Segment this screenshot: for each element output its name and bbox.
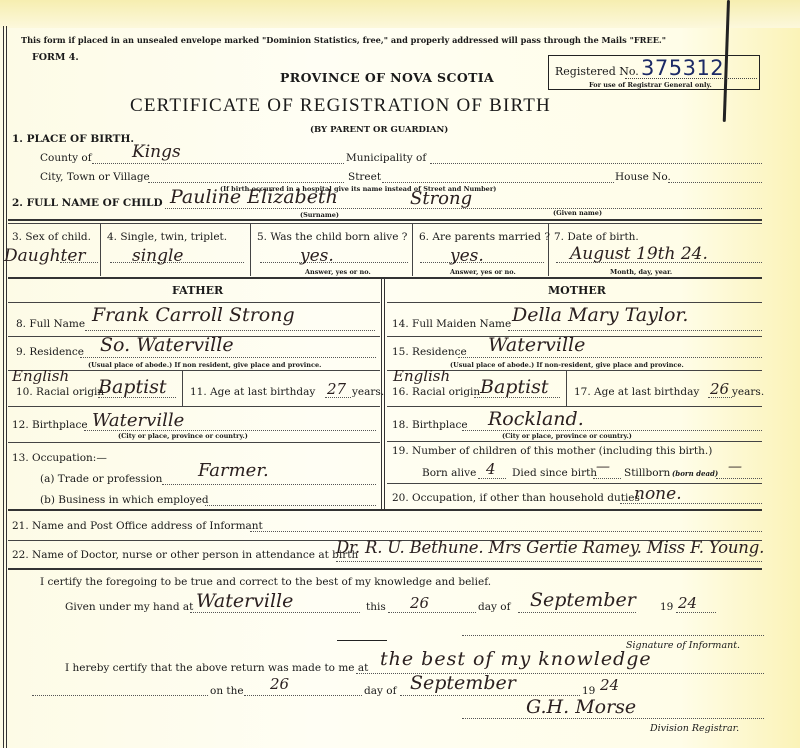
- mother-residence-field[interactable]: Waterville: [488, 334, 585, 356]
- father-occupation-label: 13. Occupation:—: [12, 452, 107, 464]
- child-given-name[interactable]: Pauline Elizabeth: [170, 186, 338, 208]
- attendant-field[interactable]: Dr. R. U. Bethune. Mrs Gertie Ramey. Mis…: [336, 538, 764, 557]
- plurality-label: 4. Single, twin, triplet.: [107, 231, 227, 243]
- city-field[interactable]: [148, 182, 344, 183]
- mother-birthplace-note: (City or place, province or country.): [502, 432, 632, 440]
- died-field[interactable]: —: [596, 459, 610, 475]
- certify-statement: I certify the foregoing to be true and c…: [40, 576, 491, 588]
- children-count-label: 19. Number of children of this mother (i…: [392, 445, 712, 457]
- father-residence-note: (Usual place of abode.) If non resident,…: [88, 361, 321, 369]
- business-label: (b) Business in which employed: [40, 494, 209, 506]
- left-border: [3, 26, 7, 748]
- county-label: County of: [40, 152, 92, 164]
- city-label: City, Town or Village: [40, 171, 150, 183]
- street-field[interactable]: [382, 182, 614, 183]
- mother-racial-label: 16. Racial origin: [392, 386, 480, 398]
- attendant-label: 22. Name of Doctor, nurse or other perso…: [12, 549, 358, 561]
- mother-residence-label: 15. Residence: [392, 346, 467, 358]
- given-under-label: Given under my hand at: [65, 601, 193, 613]
- father-birthplace-label: 12. Birthplace: [12, 419, 88, 431]
- dob-label: 7. Date of birth.: [554, 231, 639, 243]
- given-place-field[interactable]: Waterville: [196, 590, 293, 612]
- province-heading: PROVINCE OF NOVA SCOTIA: [280, 70, 494, 85]
- mother-name-field[interactable]: Della Mary Taylor.: [512, 304, 688, 326]
- business-field[interactable]: [205, 505, 376, 506]
- plurality-field[interactable]: single: [132, 246, 184, 266]
- married-field[interactable]: yes.: [450, 246, 484, 266]
- mother-heading: MOTHER: [548, 284, 606, 297]
- registrar-place-field[interactable]: the best of my knowledge: [380, 648, 652, 670]
- cert-day-field[interactable]: 26: [410, 594, 429, 612]
- given-name-note: (Given name): [553, 209, 602, 217]
- surname-note: (Surname): [300, 211, 339, 219]
- father-racial-annotation: English: [12, 367, 69, 385]
- page-subtitle: (BY PARENT OR GUARDIAN): [310, 125, 448, 135]
- stillborn-note: (born dead): [672, 469, 718, 478]
- father-age-field[interactable]: 27: [327, 380, 346, 398]
- registrar-year-field[interactable]: 24: [600, 676, 619, 694]
- died-label: Died since birth: [512, 467, 597, 479]
- registration-box: Registered No. 375312 For use of Registr…: [548, 55, 760, 90]
- father-residence-field[interactable]: So. Waterville: [100, 334, 234, 356]
- paper-edge: [0, 0, 800, 28]
- mother-birthplace-field[interactable]: Rockland.: [488, 408, 584, 430]
- registrar-signature-label: Division Registrar.: [650, 723, 739, 734]
- dob-field[interactable]: August 19th 24.: [570, 244, 708, 264]
- born-alive-label: 5. Was the child born alive ?: [257, 231, 407, 243]
- registrar-day-of-label: day of: [364, 685, 396, 697]
- registered-label: Registered No.: [555, 65, 639, 78]
- page-title: CERTIFICATE OF REGISTRATION OF BIRTH: [130, 95, 551, 117]
- mother-age-unit: years.: [732, 386, 764, 398]
- stillborn-label: Stillborn: [624, 467, 670, 479]
- registrar-month-field[interactable]: September: [410, 672, 516, 694]
- child-surname[interactable]: Strong: [410, 188, 472, 209]
- born-alive-count-label: Born alive: [422, 467, 476, 479]
- father-name-field[interactable]: Frank Carroll Strong: [92, 304, 295, 326]
- mother-occupation-field[interactable]: none.: [634, 484, 682, 504]
- dob-note: Month, day, year.: [610, 268, 672, 276]
- county-field[interactable]: Kings: [132, 142, 181, 162]
- registrar-signature[interactable]: G.H. Morse: [526, 696, 636, 718]
- trade-field[interactable]: Farmer.: [198, 460, 269, 481]
- registered-note: For use of Registrar General only.: [589, 81, 712, 89]
- father-racial-field[interactable]: Baptist: [98, 376, 167, 398]
- municipality-label: Municipality of: [346, 152, 426, 164]
- registrar-day-field[interactable]: 26: [270, 675, 289, 693]
- sex-field[interactable]: Daughter: [4, 246, 86, 266]
- father-residence-label: 9. Residence: [16, 346, 84, 358]
- mother-racial-field[interactable]: Baptist: [480, 376, 549, 398]
- born-alive-count-field[interactable]: 4: [486, 460, 496, 478]
- married-note: Answer, yes or no.: [450, 268, 516, 276]
- born-alive-field[interactable]: yes.: [300, 246, 334, 266]
- informant-field[interactable]: [250, 531, 762, 532]
- sex-label: 3. Sex of child.: [12, 231, 91, 243]
- father-racial-label: 10. Racial origin: [16, 386, 104, 398]
- stillborn-field[interactable]: —: [728, 459, 742, 475]
- father-age-label: 11. Age at last birthday: [190, 386, 315, 398]
- child-name-label: 2. FULL NAME OF CHILD: [12, 197, 163, 209]
- form-number: FORM 4.: [32, 52, 79, 63]
- mother-racial-annotation: English: [393, 367, 450, 385]
- father-birthplace-note: (City or place, province or country.): [118, 432, 248, 440]
- registrar-statement: I hereby certify that the above return w…: [65, 662, 368, 674]
- mailing-notice: This form if placed in an unsealed envel…: [21, 35, 666, 45]
- informant-signature-field[interactable]: [462, 635, 764, 636]
- house-label: House No.: [615, 171, 671, 183]
- informant-label: 21. Name and Post Office address of Info…: [12, 520, 263, 532]
- father-birthplace-field[interactable]: Waterville: [92, 410, 184, 431]
- municipality-field[interactable]: [430, 163, 762, 164]
- mother-birthplace-label: 18. Birthplace: [392, 419, 468, 431]
- registered-number: 375312: [641, 56, 724, 80]
- cert-year-field[interactable]: 24: [678, 594, 697, 612]
- mother-name-label: 14. Full Maiden Name: [392, 318, 511, 330]
- mother-age-label: 17. Age at last birthday: [574, 386, 699, 398]
- trade-label: (a) Trade or profession: [40, 473, 162, 485]
- born-alive-note: Answer, yes or no.: [305, 268, 371, 276]
- cert-month-field[interactable]: September: [530, 589, 636, 611]
- married-label: 6. Are parents married ?: [419, 231, 550, 243]
- father-heading: FATHER: [172, 284, 223, 297]
- place-of-birth-heading: 1. PLACE OF BIRTH.: [12, 133, 134, 145]
- mother-occupation-label: 20. Occupation, if other than household …: [392, 492, 640, 504]
- mother-residence-note: (Usual place of abode.) If non-resident,…: [450, 361, 684, 369]
- birth-certificate: This form if placed in an unsealed envel…: [0, 0, 800, 748]
- street-label: Street: [348, 171, 381, 183]
- house-field[interactable]: [668, 182, 762, 183]
- registrar-on-the-label: on the: [210, 685, 244, 697]
- father-name-label: 8. Full Name: [16, 318, 85, 330]
- father-age-unit: years.: [352, 386, 384, 398]
- mother-age-field[interactable]: 26: [710, 380, 729, 398]
- cert-day-of-label: day of: [478, 601, 510, 613]
- cert-year-prefix: 19: [660, 601, 673, 613]
- this-label: this: [366, 601, 386, 613]
